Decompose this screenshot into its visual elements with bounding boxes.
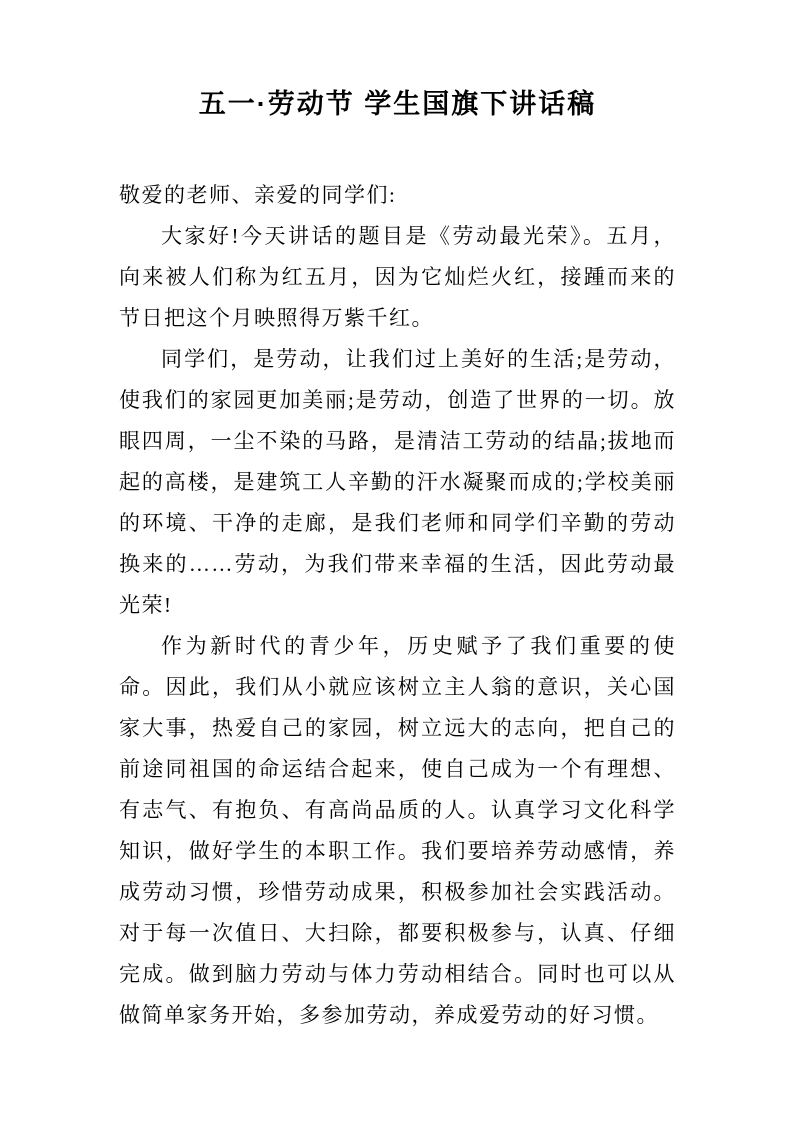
document-page: 五一·劳动节 学生国旗下讲话稿 敬爱的老师、亲爱的同学们: 大家好!今天讲话的题… bbox=[0, 0, 793, 1122]
paragraph-2: 同学们，是劳动，让我们过上美好的生活;是劳动，使我们的家园更加美丽;是劳动，创造… bbox=[119, 339, 676, 626]
document-body: 敬爱的老师、亲爱的同学们: 大家好!今天讲话的题目是《劳动最光荣》。五月，向来被… bbox=[119, 175, 676, 1036]
paragraph-1: 大家好!今天讲话的题目是《劳动最光荣》。五月，向来被人们称为红五月，因为它灿烂火… bbox=[119, 216, 676, 339]
paragraph-3: 作为新时代的青少年，历史赋予了我们重要的使命。因此，我们从小就应该树立主人翁的意… bbox=[119, 626, 676, 1036]
salutation-line: 敬爱的老师、亲爱的同学们: bbox=[119, 175, 676, 216]
document-title: 五一·劳动节 学生国旗下讲话稿 bbox=[119, 88, 676, 121]
